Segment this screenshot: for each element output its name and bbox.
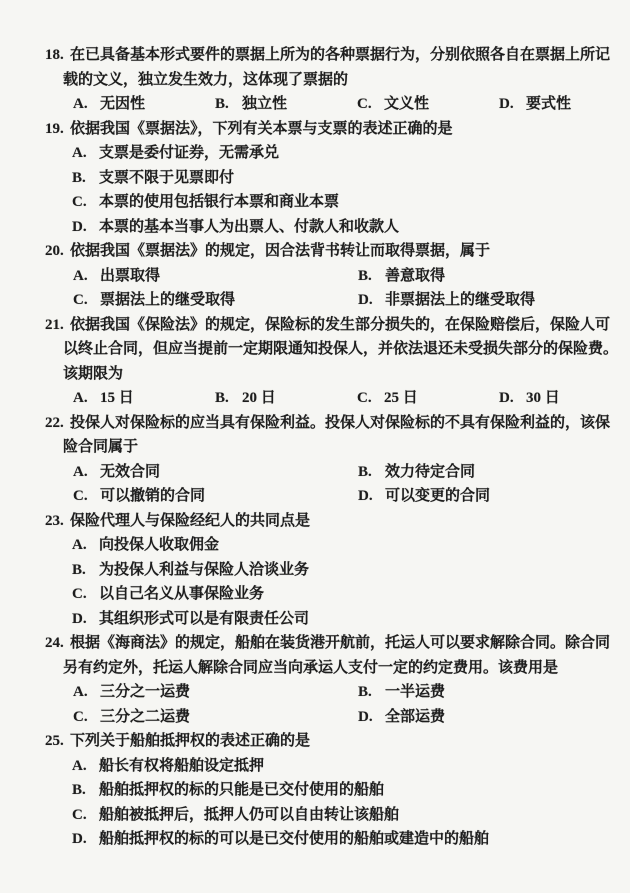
question-20: 20. 依据我国《票据法》的规定，因合法背书转让而取得票据，属于 A.出票取得 … [0, 239, 630, 313]
option-text: 效力待定合同 [385, 464, 475, 480]
option-label: A. [72, 141, 99, 166]
question-number: 22. [45, 411, 64, 436]
option-label: C. [73, 484, 100, 509]
option-label: B. [72, 778, 99, 803]
option-d: D.船舶抵押权的标的可以是已交付使用的船舶或建造中的船舶 [0, 827, 630, 852]
question-number: 18. [45, 43, 64, 68]
question-24: 24. 根据《海商法》的规定，船舶在装货港开航前，托运人可以要求解除合同。除合同… [0, 631, 630, 729]
option-label: B. [72, 558, 99, 583]
option-text: 票据法上的继受取得 [100, 292, 235, 308]
option-label: C. [73, 288, 100, 313]
option-label: D. [499, 386, 526, 411]
question-stem-line: 21. 依据我国《保险法》的规定，保险标的发生部分损失的，在保险赔偿后，保险人可 [0, 313, 630, 338]
option-a: A.无效合同 [73, 460, 358, 485]
option-c: C.本票的使用包括银行本票和商业本票 [0, 190, 630, 215]
question-stem-line: 险合同属于 [0, 435, 630, 460]
question-number: 20. [45, 239, 64, 264]
option-text: 三分之二运费 [100, 709, 190, 725]
option-text: 以自己名义从事保险业务 [99, 586, 264, 602]
question-stem-text: 该期限为 [63, 366, 123, 382]
question-number: 21. [45, 313, 64, 338]
question-stem-line: 24. 根据《海商法》的规定，船舶在装货港开航前，托运人可以要求解除合同。除合同 [0, 631, 630, 656]
scanned-exam-page: 18. 在已具备基本形式要件的票据上所为的各种票据行为，分别依照各自在票据上所记… [0, 0, 630, 893]
question-stem-line: 23. 保险代理人与保险经纪人的共同点是 [0, 509, 630, 534]
question-stem-text: 根据《海商法》的规定，船舶在装货港开航前，托运人可以要求解除合同。除合同 [70, 635, 610, 651]
option-d: D.本票的基本当事人为出票人、付款人和收款人 [0, 215, 630, 240]
option-text: 一半运费 [385, 684, 445, 700]
option-text: 30 日 [526, 390, 560, 406]
question-stem-text: 在已具备基本形式要件的票据上所为的各种票据行为，分别依照各自在票据上所记 [70, 47, 610, 63]
question-stem-line: 18. 在已具备基本形式要件的票据上所为的各种票据行为，分别依照各自在票据上所记 [0, 43, 630, 68]
option-b: B.20 日 [215, 386, 357, 411]
options-row: A.无效合同 B.效力待定合同 [0, 460, 630, 485]
option-text: 无因性 [100, 96, 145, 112]
option-label: A. [72, 533, 99, 558]
option-c: C.船舶被抵押后，抵押人仍可以自由转让该船舶 [0, 803, 630, 828]
option-label: A. [73, 680, 100, 705]
option-label: B. [215, 386, 242, 411]
option-c: C.以自己名义从事保险业务 [0, 582, 630, 607]
option-d: D.30 日 [499, 386, 560, 411]
options-row: A.出票取得 B.善意取得 [0, 264, 630, 289]
option-label: D. [358, 484, 385, 509]
question-stem-text: 险合同属于 [63, 439, 138, 455]
question-stem-line: 22. 投保人对保险标的应当具有保险利益。投保人对保险标的不具有保险利益的，该保 [0, 411, 630, 436]
question-23: 23. 保险代理人与保险经纪人的共同点是 A.向投保人收取佣金 B.为投保人利益… [0, 509, 630, 632]
option-d: D.其组织形式可以是有限责任公司 [0, 607, 630, 632]
option-text: 向投保人收取佣金 [99, 537, 219, 553]
option-label: A. [72, 754, 99, 779]
option-text: 善意取得 [385, 268, 445, 284]
option-text: 本票的基本当事人为出票人、付款人和收款人 [99, 219, 399, 235]
options-row: C.可以撤销的合同 D.可以变更的合同 [0, 484, 630, 509]
option-label: A. [73, 264, 100, 289]
option-label: A. [73, 92, 100, 117]
option-text: 船舶被抵押后，抵押人仍可以自由转让该船舶 [99, 807, 399, 823]
option-d: D.非票据法上的继受取得 [358, 288, 535, 313]
options-row: A.15 日 B.20 日 C.25 日 D.30 日 [0, 386, 630, 411]
question-22: 22. 投保人对保险标的应当具有保险利益。投保人对保险标的不具有保险利益的，该保… [0, 411, 630, 509]
options-row: C.三分之二运费 D.全部运费 [0, 705, 630, 730]
option-label: B. [72, 166, 99, 191]
option-label: C. [73, 705, 100, 730]
question-stem-text: 载的文义，独立发生效力，这体现了票据的 [63, 72, 348, 88]
option-label: B. [358, 680, 385, 705]
option-label: C. [72, 803, 99, 828]
option-label: C. [357, 386, 384, 411]
option-text: 支票是委付证券，无需承兑 [99, 145, 279, 161]
option-label: A. [73, 386, 100, 411]
option-text: 文义性 [384, 96, 429, 112]
option-label: D. [358, 288, 385, 313]
option-c: C.三分之二运费 [73, 705, 358, 730]
option-b: B.船舶抵押权的标的只能是已交付使用的船舶 [0, 778, 630, 803]
option-label: A. [73, 460, 100, 485]
question-stem-text: 以终止合同，但应当提前一定期限通知投保人，并依法退还未受损失部分的保险费。 [63, 341, 618, 357]
option-b: B.独立性 [215, 92, 357, 117]
option-text: 非票据法上的继受取得 [385, 292, 535, 308]
question-stem-text: 投保人对保险标的应当具有保险利益。投保人对保险标的不具有保险利益的，该保 [70, 415, 610, 431]
options-row: A.三分之一运费 B.一半运费 [0, 680, 630, 705]
question-number: 19. [45, 117, 64, 142]
question-stem-text: 依据我国《票据法》的规定，因合法背书转让而取得票据，属于 [70, 243, 490, 259]
question-stem-text: 另有约定外，托运人解除合同应当向承运人支付一定的约定费用。该费用是 [63, 660, 558, 676]
option-a: A.15 日 [73, 386, 215, 411]
option-a: A.支票是委付证券，无需承兑 [0, 141, 630, 166]
option-d: D.要式性 [499, 92, 571, 117]
question-18: 18. 在已具备基本形式要件的票据上所为的各种票据行为，分别依照各自在票据上所记… [0, 43, 630, 117]
question-19: 19. 依据我国《票据法》，下列有关本票与支票的表述正确的是 A.支票是委付证券… [0, 117, 630, 240]
question-number: 24. [45, 631, 64, 656]
option-text: 可以变更的合同 [385, 488, 490, 504]
option-a: A.出票取得 [73, 264, 358, 289]
option-d: D.全部运费 [358, 705, 445, 730]
option-a: A.无因性 [73, 92, 215, 117]
option-text: 独立性 [242, 96, 287, 112]
option-text: 船长有权将船舶设定抵押 [99, 758, 264, 774]
question-stem-text: 下列关于船舶抵押权的表述正确的是 [70, 733, 310, 749]
option-text: 20 日 [242, 390, 276, 406]
question-stem-text: 依据我国《票据法》，下列有关本票与支票的表述正确的是 [70, 121, 453, 137]
option-text: 无效合同 [100, 464, 160, 480]
option-text: 为投保人利益与保险人洽谈业务 [99, 562, 309, 578]
option-label: B. [358, 460, 385, 485]
option-b: B.一半运费 [358, 680, 445, 705]
option-text: 全部运费 [385, 709, 445, 725]
question-number: 25. [45, 729, 64, 754]
question-stem-line: 19. 依据我国《票据法》，下列有关本票与支票的表述正确的是 [0, 117, 630, 142]
option-label: D. [72, 827, 99, 852]
question-stem-line: 该期限为 [0, 362, 630, 387]
question-stem-text: 依据我国《保险法》的规定，保险标的发生部分损失的，在保险赔偿后，保险人可 [70, 317, 610, 333]
option-a: A.向投保人收取佣金 [0, 533, 630, 558]
option-a: A.船长有权将船舶设定抵押 [0, 754, 630, 779]
option-b: B.为投保人利益与保险人洽谈业务 [0, 558, 630, 583]
option-c: C.25 日 [357, 386, 499, 411]
option-c: C.票据法上的继受取得 [73, 288, 358, 313]
option-b: B.善意取得 [358, 264, 445, 289]
option-b: B.效力待定合同 [358, 460, 475, 485]
question-stem-line: 另有约定外，托运人解除合同应当向承运人支付一定的约定费用。该费用是 [0, 656, 630, 681]
option-text: 25 日 [384, 390, 418, 406]
option-text: 本票的使用包括银行本票和商业本票 [99, 194, 339, 210]
option-label: C. [72, 190, 99, 215]
option-text: 三分之一运费 [100, 684, 190, 700]
option-label: C. [357, 92, 384, 117]
option-text: 出票取得 [100, 268, 160, 284]
option-d: D.可以变更的合同 [358, 484, 490, 509]
options-row: C.票据法上的继受取得 D.非票据法上的继受取得 [0, 288, 630, 313]
option-a: A.三分之一运费 [73, 680, 358, 705]
option-text: 船舶抵押权的标的只能是已交付使用的船舶 [99, 782, 384, 798]
option-c: C.文义性 [357, 92, 499, 117]
question-stem-line: 25. 下列关于船舶抵押权的表述正确的是 [0, 729, 630, 754]
option-label: D. [72, 215, 99, 240]
option-label: B. [358, 264, 385, 289]
option-text: 其组织形式可以是有限责任公司 [99, 611, 309, 627]
question-stem-text: 保险代理人与保险经纪人的共同点是 [70, 513, 310, 529]
option-b: B.支票不限于见票即付 [0, 166, 630, 191]
option-label: C. [72, 582, 99, 607]
question-25: 25. 下列关于船舶抵押权的表述正确的是 A.船长有权将船舶设定抵押 B.船舶抵… [0, 729, 630, 852]
question-stem-line: 20. 依据我国《票据法》的规定，因合法背书转让而取得票据，属于 [0, 239, 630, 264]
question-number: 23. [45, 509, 64, 534]
question-21: 21. 依据我国《保险法》的规定，保险标的发生部分损失的，在保险赔偿后，保险人可… [0, 313, 630, 411]
option-label: B. [215, 92, 242, 117]
option-text: 支票不限于见票即付 [99, 170, 234, 186]
option-label: D. [499, 92, 526, 117]
option-text: 15 日 [100, 390, 134, 406]
options-row: A.无因性 B.独立性 C.文义性 D.要式性 [0, 92, 630, 117]
option-text: 船舶抵押权的标的可以是已交付使用的船舶或建造中的船舶 [99, 831, 489, 847]
option-c: C.可以撤销的合同 [73, 484, 358, 509]
question-stem-line: 载的文义，独立发生效力，这体现了票据的 [0, 68, 630, 93]
question-stem-line: 以终止合同，但应当提前一定期限通知投保人，并依法退还未受损失部分的保险费。 [0, 337, 630, 362]
option-label: D. [358, 705, 385, 730]
option-text: 要式性 [526, 96, 571, 112]
option-text: 可以撤销的合同 [100, 488, 205, 504]
option-label: D. [72, 607, 99, 632]
